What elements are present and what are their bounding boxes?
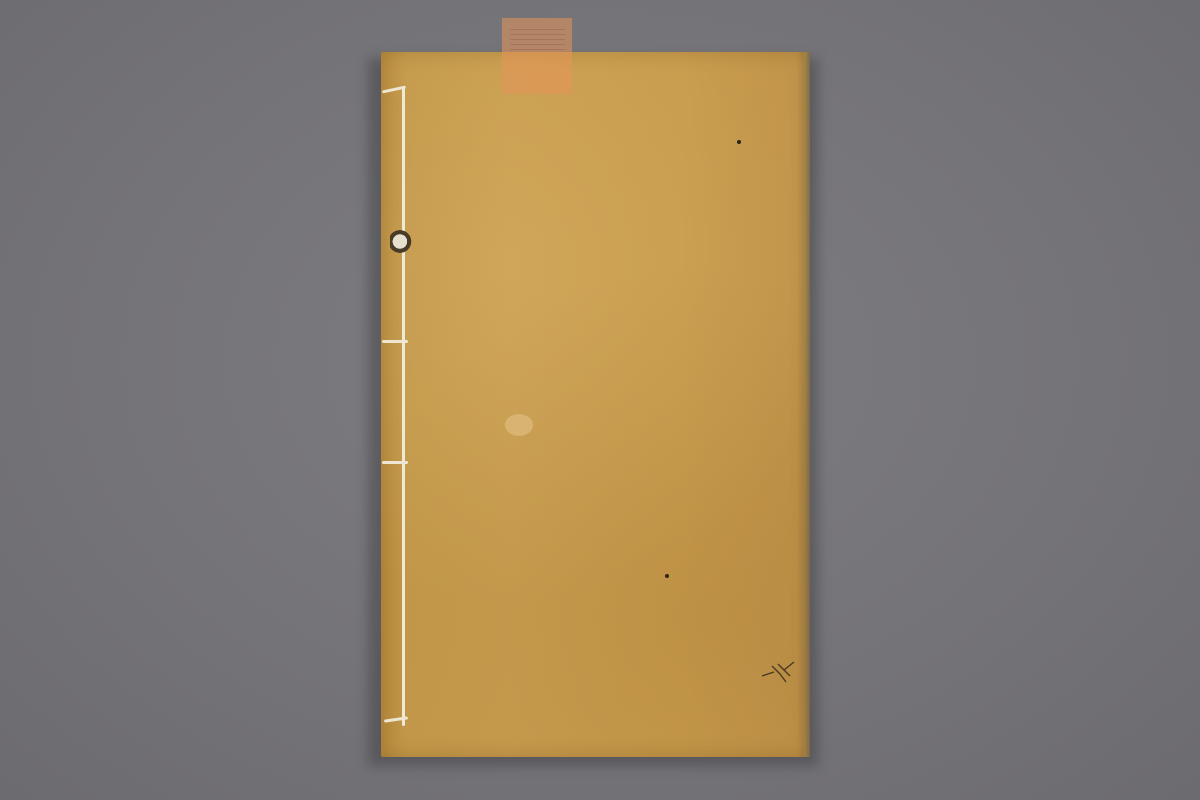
wormhole-damage xyxy=(390,228,412,258)
paper-stain xyxy=(505,414,533,436)
ink-spot xyxy=(737,140,741,144)
ink-spot xyxy=(665,574,669,578)
book-cover xyxy=(381,52,810,757)
book-page-edge xyxy=(804,52,810,757)
ink-scribble-mark xyxy=(760,660,800,684)
label-handwriting xyxy=(510,26,565,50)
binding-stitch-2 xyxy=(382,340,408,343)
binding-stitch-3 xyxy=(382,461,408,464)
binding-thread xyxy=(402,86,405,726)
